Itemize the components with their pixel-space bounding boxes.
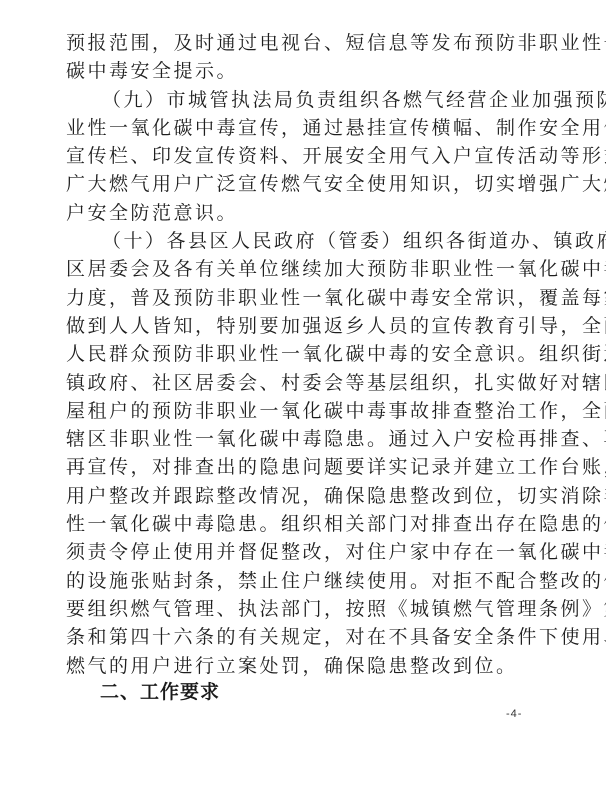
document-body: 预报范围，及时通过电视台、短信息等发布预防非职业性一氧化 碳中毒安全提示。 （九… [66,29,522,680]
text-line: 力度，普及预防非职业性一氧化碳中毒安全常识，覆盖每家每户， [66,284,522,312]
text-line: 的设施张贴封条，禁止住户继续使用。对拒不配合整改的住户， [66,567,522,595]
text-line: 预报范围，及时通过电视台、短信息等发布预防非职业性一氧化 [66,29,522,57]
text-line: 区居委会及各有关单位继续加大预防非职业性一氧化碳中毒宣传 [66,255,522,283]
text-line: 性一氧化碳中毒隐患。组织相关部门对排查出存在隐患的住户， [66,510,522,538]
text-line: 要组织燃气管理、执法部门，按照《城镇燃气管理条例》第十八 [66,595,522,623]
text-line: 做到人人皆知，特别要加强返乡人员的宣传教育引导，全面提升 [66,312,522,340]
text-line: 广大燃气用户广泛宣传燃气安全使用知识，切实增强广大燃气用 [66,170,522,198]
text-line: 宣传栏、印发宣传资料、开展安全用气入户宣传活动等形式，向 [66,142,522,170]
paragraph-ten-start: （十）各县区人民政府（管委）组织各街道办、镇政府、社 [66,227,522,255]
text-line: 屋租户的预防非职业一氧化碳中毒事故排查整治工作，全面排查 [66,397,522,425]
text-line: 碳中毒安全提示。 [66,57,522,85]
paragraph-nine-start: （九）市城管执法局负责组织各燃气经营企业加强预防非职 [66,86,522,114]
page-number: -4- [506,708,522,720]
text-line: 须责令停止使用并督促整改，对住户家中存在一氧化碳中毒隐患 [66,538,522,566]
text-line: 业性一氧化碳中毒宣传，通过悬挂宣传横幅、制作安全用气知识 [66,114,522,142]
document-page: 预报范围，及时通过电视台、短信息等发布预防非职业性一氧化 碳中毒安全提示。 （九… [0,0,606,785]
text-line: 户安全防范意识。 [66,199,522,227]
text-line: 条和第四十六条的有关规定，对在不具备安全条件下使用、储存 [66,623,522,651]
text-line: 再宣传，对排查出的隐患问题要详实记录并建立工作台账，督促 [66,453,522,481]
text-line: 镇政府、社区居委会、村委会等基层组织，扎实做好对辖区出租 [66,369,522,397]
text-line: 人民群众预防非职业性一氧化碳中毒的安全意识。组织街道办、 [66,340,522,368]
text-line: 用户整改并跟踪整改情况，确保隐患整改到位，切实消除非职业 [66,482,522,510]
text-line: 燃气的用户进行立案处罚，确保隐患整改到位。 [66,652,522,680]
section-heading: 二、工作要求 [100,677,220,704]
text-line: 辖区非职业性一氧化碳中毒隐患。通过入户安检再排查、再整改、 [66,425,522,453]
